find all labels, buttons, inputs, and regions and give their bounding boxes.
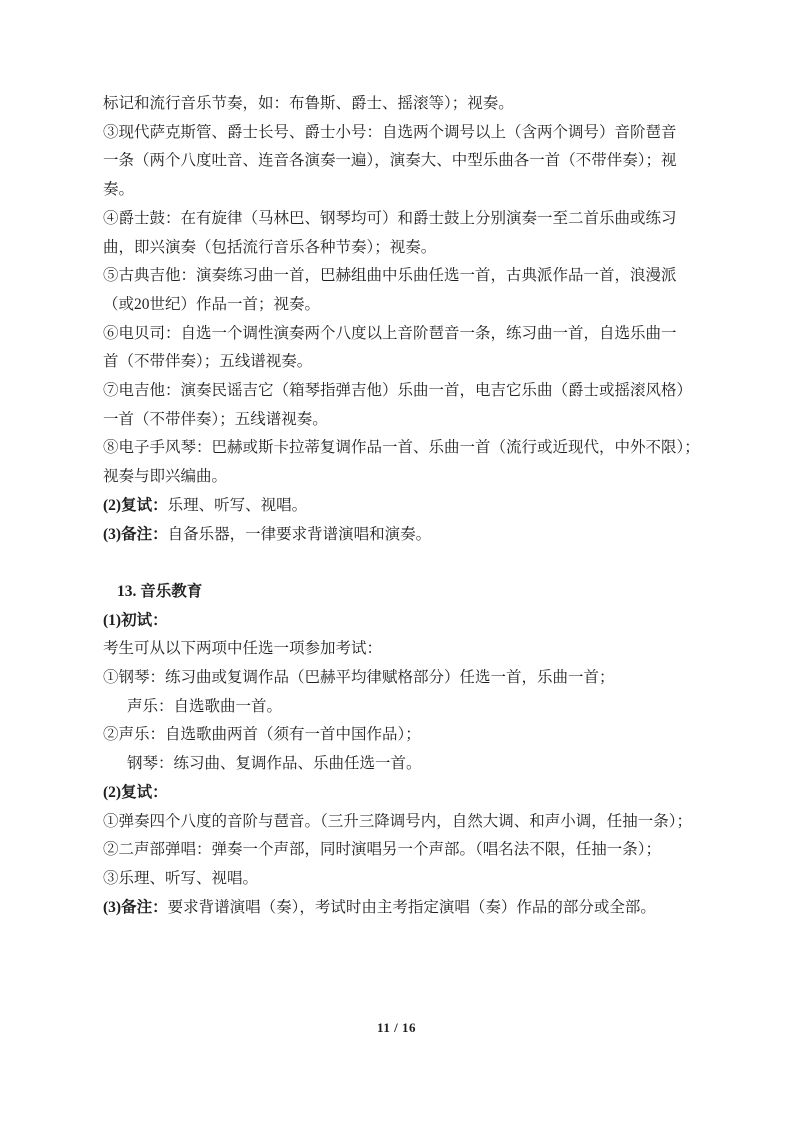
line-text: 一条（两个八度吐音、连音各演奏一遍），演奏大、中型乐曲各一首（不带伴奏）；视 [103,152,677,169]
item-3-saxophone-line: ③现代萨克斯管、爵士长号、爵士小号：自选两个调号以上（含两个调号）音阶琶音 [103,119,683,148]
item-7-electric-guitar-line: 一首（不带伴奏）；五线谱视奏。 [103,406,683,435]
line-text: 钢琴：练习曲、复调作品、乐曲任选一首。 [127,755,422,772]
line-text: 标记和流行音乐节奏，如：布鲁斯、爵士、摇滚等）；视奏。 [103,95,514,112]
retest-item-2-line: ②二声部弹唱：弹奏一个声部，同时演唱另一个声部。（唱名法不限，任抽一条）； [103,836,683,865]
item-6-electric-bass-line: ⑥电贝司：自选一个调性演奏两个八度以上音阶琶音一条，练习曲一首，自选乐曲一 [103,320,683,349]
line-text: 乐理、听写、视唱。 [168,497,308,514]
line-text: （或20世纪）作品一首；视奏。 [103,296,320,313]
item-8-electronic-accordion-line: ⑧电子手风琴：巴赫或斯卡拉蒂复调作品一首、乐曲一首（流行或近现代，中外不限）； [103,434,683,463]
line-text: 要求背谱演唱（奏），考试时由主考指定演唱（奏）作品的部分或全部。 [168,899,656,916]
line-text: ⑤古典吉他：演奏练习曲一首，巴赫组曲中乐曲任选一首，古典派作品一首，浪漫派 [103,267,677,284]
line-text: 视奏与即兴编曲。 [103,468,227,485]
option-1-vocal-line: 声乐：自选歌曲一首。 [103,693,683,722]
option-2-vocal-line: ②声乐：自选歌曲两首（须有一首中国作品）； [103,721,683,750]
document-page: 标记和流行音乐节奏，如：布鲁斯、爵士、摇滚等）；视奏。③现代萨克斯管、爵士长号、… [0,0,793,1122]
option-1-piano-line: ①钢琴：练习曲或复调作品（巴赫平均律赋格部分）任选一首，乐曲一首； [103,664,683,693]
option-2-piano-line: 钢琴：练习曲、复调作品、乐曲任选一首。 [103,750,683,779]
line-text: 奏。 [103,181,134,198]
line-text: ②声乐：自选歌曲两首（须有一首中国作品）； [103,726,421,743]
document-body: 标记和流行音乐节奏，如：布鲁斯、爵士、摇滚等）；视奏。③现代萨克斯管、爵士长号、… [103,90,683,922]
line-text: 考生可从以下两项中任选一项参加考试： [103,640,382,657]
line-text: ⑥电贝司：自选一个调性演奏两个八度以上音阶琶音一条，练习曲一首，自选乐曲一 [103,325,677,342]
note-line: (3)备注：要求背谱演唱（奏），考试时由主考指定演唱（奏）作品的部分或全部。 [103,894,683,923]
line-text: 曲，即兴演奏（包括流行音乐各种节奏）；视奏。 [103,239,436,256]
line-bold-prefix: (2)复试： [103,784,168,801]
item-3-saxophone-line: 一条（两个八度吐音、连音各演奏一遍），演奏大、中型乐曲各一首（不带伴奏）；视 [103,147,683,176]
retest-line: (2)复试：乐理、听写、视唱。 [103,492,683,521]
continued-paragraph-line: 标记和流行音乐节奏，如：布鲁斯、爵士、摇滚等）；视奏。 [103,90,683,119]
item-3-saxophone-line: 奏。 [103,176,683,205]
instruction-line: 考生可从以下两项中任选一项参加考试： [103,635,683,664]
item-4-jazz-drum-line: ④爵士鼓：在有旋律（马林巴、钢琴均可）和爵士鼓上分别演奏一至二首乐曲或练习 [103,205,683,234]
item-5-classical-guitar-line: ⑤古典吉他：演奏练习曲一首，巴赫组曲中乐曲任选一首，古典派作品一首，浪漫派 [103,262,683,291]
item-6-electric-bass-line: 首（不带伴奏）；五线谱视奏。 [103,348,683,377]
line-text: ③现代萨克斯管、爵士长号、爵士小号：自选两个调号以上（含两个调号）音阶琶音 [103,124,677,141]
line-text: ④爵士鼓：在有旋律（马林巴、钢琴均可）和爵士鼓上分别演奏一至二首乐曲或练习 [103,210,677,227]
retest-item-3-line: ③乐理、听写、视唱。 [103,865,683,894]
note-line: (3)备注：自备乐器，一律要求背谱演唱和演奏。 [103,521,683,550]
line-text: ①弹奏四个八度的音阶与琶音。（三升三降调号内，自然大调、和声小调，任抽一条）； [103,813,692,830]
line-text: ⑧电子手风琴：巴赫或斯卡拉蒂复调作品一首、乐曲一首（流行或近现代，中外不限）； [103,439,700,456]
line-text: ①钢琴：练习曲或复调作品（巴赫平均律赋格部分）任选一首，乐曲一首； [103,669,615,686]
page-number: 11 / 16 [0,1020,793,1036]
item-8-electronic-accordion-line: 视奏与即兴编曲。 [103,463,683,492]
first-exam-heading: (1)初试： [103,607,683,636]
item-7-electric-guitar-line: ⑦电吉他：演奏民谣吉它（箱琴指弹吉他）乐曲一首，电吉它乐曲（爵士或摇滚风格） [103,377,683,406]
retest-heading: (2)复试： [103,779,683,808]
line-text: ③乐理、听写、视唱。 [103,870,258,887]
line-bold-prefix: 13. 音乐教育 [117,583,202,600]
line-bold-prefix: (2)复试： [103,497,168,514]
line-bold-prefix: (3)备注： [103,526,168,543]
line-text: 一首（不带伴奏）；五线谱视奏。 [103,411,328,428]
item-4-jazz-drum-line: 曲，即兴演奏（包括流行音乐各种节奏）；视奏。 [103,234,683,263]
retest-item-1-line: ①弹奏四个八度的音阶与琶音。（三升三降调号内，自然大调、和声小调，任抽一条）； [103,808,683,837]
line-bold-prefix: (3)备注： [103,899,168,916]
line-text: 声乐：自选歌曲一首。 [127,698,282,715]
line-text: 首（不带伴奏）；五线谱视奏。 [103,353,312,370]
line-text: ②二声部弹唱：弹奏一个声部，同时演唱另一个声部。（唱名法不限，任抽一条）； [103,841,661,858]
line-text: ⑦电吉他：演奏民谣吉它（箱琴指弹吉他）乐曲一首，电吉它乐曲（爵士或摇滚风格） [103,382,692,399]
item-5-classical-guitar-line: （或20世纪）作品一首；视奏。 [103,291,683,320]
section-13-heading: 13. 音乐教育 [103,578,683,607]
line-text: 自备乐器，一律要求背谱演唱和演奏。 [168,526,432,543]
line-bold-prefix: (1)初试： [103,612,168,629]
